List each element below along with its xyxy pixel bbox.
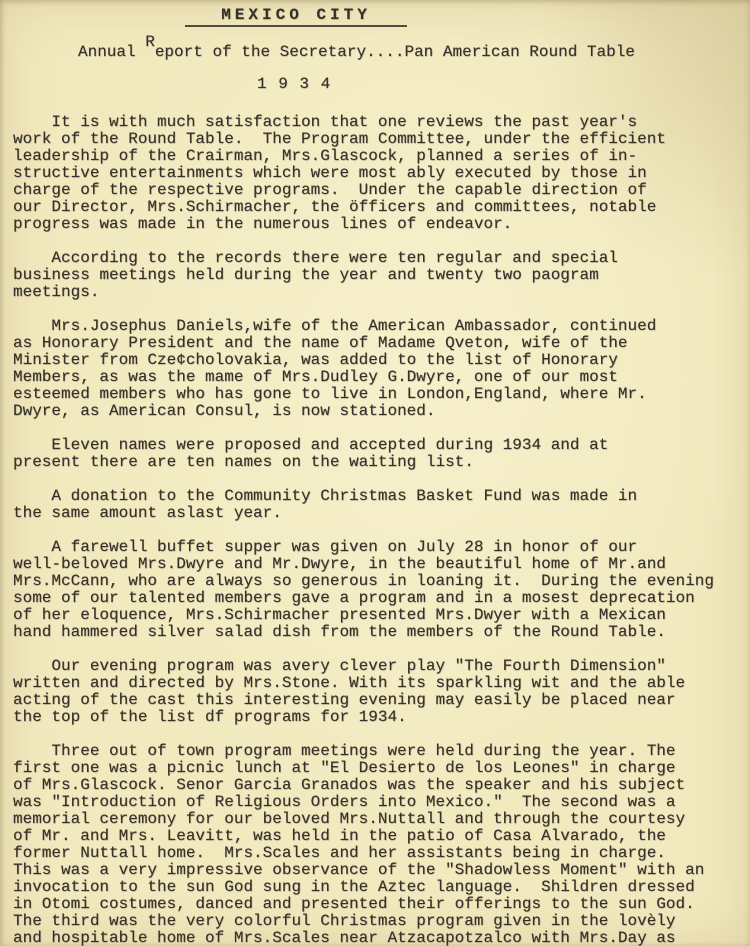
- document-header: MEXICO CITY: [185, 7, 407, 27]
- paragraph-8: Three out of town program meetings were …: [13, 743, 737, 946]
- document-body: It is with much satisfaction that one re…: [13, 114, 737, 946]
- paragraph-6: A farewell buffet supper was given on Ju…: [13, 539, 737, 641]
- subtitle-pre: Annual: [78, 43, 145, 61]
- paragraph-7: Our evening program was avery clever pla…: [13, 658, 737, 726]
- paragraph-5: A donation to the Community Christmas Ba…: [13, 488, 737, 522]
- document-year: 1 9 3 4: [257, 76, 737, 93]
- paragraph-4: Eleven names were proposed and accepted …: [13, 437, 737, 471]
- paragraph-1: It is with much satisfaction that one re…: [13, 114, 737, 233]
- paper-page: MEXICO CITY Annual Report of the Secreta…: [0, 0, 750, 946]
- document-subtitle: Annual Report of the Secretary....Pan Am…: [78, 44, 737, 61]
- document-title: MEXICO CITY: [185, 7, 407, 27]
- subtitle-superscript-r: R: [145, 33, 155, 51]
- subtitle-post: eport of the Secretary....Pan American R…: [155, 43, 635, 61]
- paragraph-2: According to the records there were ten …: [13, 250, 737, 301]
- paragraph-3: Mrs.Josephus Daniels,wife of the America…: [13, 318, 737, 420]
